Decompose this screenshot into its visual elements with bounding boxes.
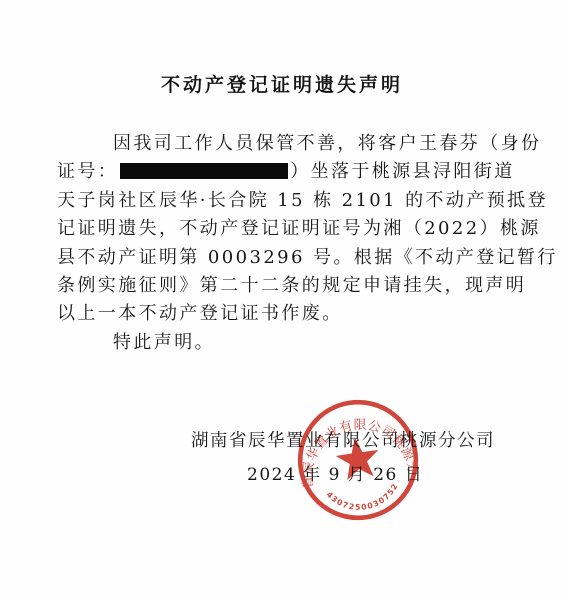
- seal-star-icon: [333, 435, 381, 482]
- body-line-2: 证号：）坐落于桃源县浔阳街道: [57, 158, 539, 186]
- body-text: 条例实施征则》第二十二条的规定申请挂失，现声明: [57, 275, 526, 296]
- body-line-7: 以上一本不动产登记证书作废。: [57, 300, 539, 328]
- company-seal: 湖南省辰华置业有限公司桃源分公司 4307250030752: [286, 388, 431, 533]
- document-body: 因我司工作人员保管不善，将客户王春芬（身份 证号：）坐落于桃源县浔阳街道 天子岗…: [57, 130, 539, 357]
- redacted-id-bar: [120, 163, 288, 179]
- body-line-5: 县不动产证明第 0003296 号。根据《不动产登记暂行: [57, 244, 539, 272]
- body-text: ）坐落于桃源县浔阳街道: [290, 161, 514, 182]
- document-page: 不动产登记证明遗失声明 因我司工作人员保管不善，将客户王春芬（身份 证号：）坐落…: [0, 0, 564, 600]
- body-line-6: 条例实施征则》第二十二条的规定申请挂失，现声明: [57, 272, 539, 300]
- body-line-8: 特此声明。: [57, 329, 539, 357]
- body-text: 天子岗社区辰华·长合院 15 栋 2101 的不动产预抵登: [57, 190, 548, 211]
- body-line-4: 记证明遗失，不动产登记证明证号为湘（2022）桃源: [57, 215, 539, 243]
- body-text: 证号：: [57, 161, 118, 182]
- body-text: 记证明遗失，不动产登记证明证号为湘（2022）桃源: [57, 218, 541, 239]
- document-title: 不动产登记证明遗失声明: [0, 70, 564, 97]
- body-line-1: 因我司工作人员保管不善，将客户王春芬（身份: [57, 130, 539, 158]
- body-text: 县不动产证明第 0003296 号。根据《不动产登记暂行: [57, 247, 558, 268]
- body-text: 因我司工作人员保管不善，将客户王春芬（身份: [113, 133, 541, 154]
- body-text: 以上一本不动产登记证书作废。: [57, 303, 343, 324]
- body-line-3: 天子岗社区辰华·长合院 15 栋 2101 的不动产预抵登: [57, 187, 539, 215]
- body-text: 特此声明。: [113, 332, 215, 353]
